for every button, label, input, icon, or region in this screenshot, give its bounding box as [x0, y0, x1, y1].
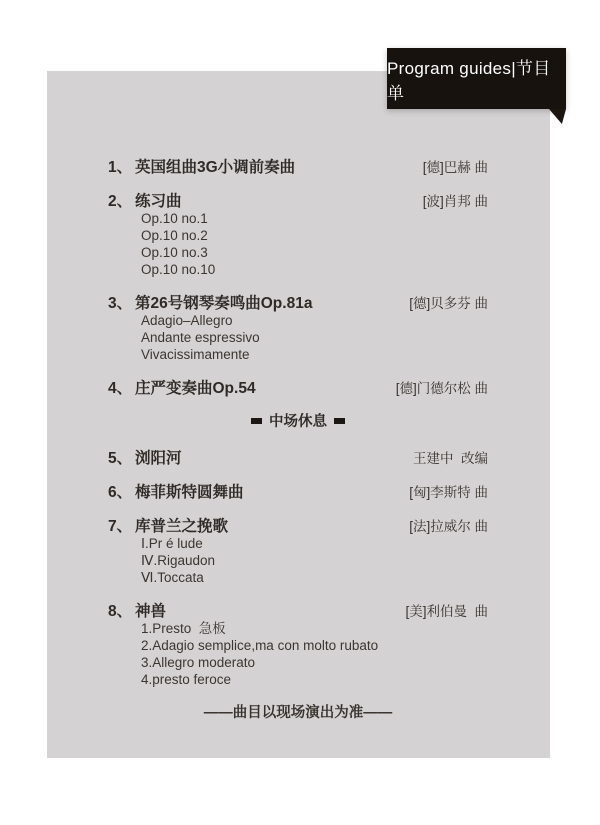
program-page: Program guides|节目单 1、英国组曲3G小调前奏曲 [德]巴赫 曲… [0, 0, 600, 825]
program-item: 6、梅菲斯特圆舞曲 [匈]李斯特 曲 [108, 484, 488, 501]
item-title-row: 7、库普兰之挽歌 [法]拉威尔 曲 [108, 518, 488, 535]
intermission: 中场休息 [108, 414, 488, 431]
movement-line: Adagio–Allegro [141, 312, 488, 329]
item-number: 7、 [108, 518, 135, 535]
item-composer: [美]利伯曼 曲 [405, 603, 488, 620]
item-heading: 1、英国组曲3G小调前奏曲 [108, 159, 295, 176]
movement-line: Op.10 no.3 [141, 244, 488, 261]
item-title-row: 5、浏阳河 王建中 改编 [108, 450, 488, 467]
movement-line: Op.10 no.2 [141, 227, 488, 244]
intermission-label: 中场休息 [269, 414, 327, 430]
item-composer: [匈]李斯特 曲 [409, 484, 488, 501]
movement-line: Vivacissimamente [141, 346, 488, 363]
movement-line: 1.Presto 急板 [141, 620, 488, 637]
item-composer: [德]门德尔松 曲 [396, 380, 488, 397]
item-heading: 5、浏阳河 [108, 450, 182, 467]
item-movements: 1.Presto 急板2.Adagio semplice,ma con molt… [141, 620, 488, 688]
program-item: 5、浏阳河 王建中 改编 [108, 450, 488, 467]
intermission-bar-right-icon [334, 418, 345, 424]
item-movements: Adagio–AllegroAndante espressivoVivaciss… [141, 312, 488, 363]
movement-line: 2.Adagio semplice,ma con molto rubato [141, 637, 488, 654]
footer-note: ——曲目以现场演出为准—— [108, 705, 488, 722]
program-item: 4、庄严变奏曲Op.54 [德]门德尔松 曲 [108, 380, 488, 397]
program-item: 1、英国组曲3G小调前奏曲 [德]巴赫 曲 [108, 159, 488, 176]
item-heading: 2、练习曲 [108, 193, 182, 210]
item-title-row: 3、第26号钢琴奏鸣曲Op.81a [德]贝多芬 曲 [108, 295, 488, 312]
movement-line: Op.10 no.10 [141, 261, 488, 278]
program-item: 7、库普兰之挽歌 [法]拉威尔 曲 Ⅰ.Pr é ludeⅣ.RigaudonⅥ… [108, 518, 488, 586]
item-number: 8、 [108, 603, 135, 620]
item-number: 5、 [108, 450, 135, 467]
item-composer: [法]拉威尔 曲 [409, 518, 488, 535]
item-heading: 7、库普兰之挽歌 [108, 518, 228, 535]
movement-line: Ⅳ.Rigaudon [141, 552, 488, 569]
item-title-row: 2、练习曲 [波]肖邦 曲 [108, 193, 488, 210]
item-title: 神兽 [135, 603, 166, 620]
item-heading: 3、第26号钢琴奏鸣曲Op.81a [108, 295, 312, 312]
movement-line: 4.presto feroce [141, 671, 488, 688]
movement-line: Ⅵ.Toccata [141, 569, 488, 586]
item-composer: [德]巴赫 曲 [423, 159, 488, 176]
item-number: 6、 [108, 484, 135, 501]
item-number: 1、 [108, 159, 135, 176]
program-item: 8、神兽 [美]利伯曼 曲 1.Presto 急板2.Adagio sempli… [108, 603, 488, 688]
movement-line: Andante espressivo [141, 329, 488, 346]
item-title-row: 8、神兽 [美]利伯曼 曲 [108, 603, 488, 620]
program-item: 2、练习曲 [波]肖邦 曲 Op.10 no.1Op.10 no.2Op.10 … [108, 193, 488, 278]
program-item: 3、第26号钢琴奏鸣曲Op.81a [德]贝多芬 曲 Adagio–Allegr… [108, 295, 488, 363]
program-list: 1、英国组曲3G小调前奏曲 [德]巴赫 曲 2、练习曲 [波]肖邦 曲 Op.1… [108, 159, 488, 722]
item-composer: [波]肖邦 曲 [423, 193, 488, 210]
item-title: 英国组曲3G小调前奏曲 [135, 159, 295, 176]
header-tab-fold-icon [549, 109, 566, 124]
item-heading: 8、神兽 [108, 603, 166, 620]
item-title: 庄严变奏曲Op.54 [135, 380, 256, 397]
item-title: 库普兰之挽歌 [135, 518, 228, 535]
item-heading: 4、庄严变奏曲Op.54 [108, 380, 256, 397]
item-number: 2、 [108, 193, 135, 210]
item-title: 梅菲斯特圆舞曲 [135, 484, 244, 501]
item-heading: 6、梅菲斯特圆舞曲 [108, 484, 244, 501]
header-tab: Program guides|节目单 [387, 48, 566, 109]
item-movements: Op.10 no.1Op.10 no.2Op.10 no.3Op.10 no.1… [141, 210, 488, 278]
item-title: 练习曲 [135, 193, 182, 210]
intermission-bar-left-icon [251, 418, 262, 424]
header-tab-label: Program guides|节目单 [387, 54, 566, 104]
item-number: 3、 [108, 295, 135, 312]
item-title: 浏阳河 [135, 450, 182, 467]
item-title-row: 1、英国组曲3G小调前奏曲 [德]巴赫 曲 [108, 159, 488, 176]
item-title-row: 4、庄严变奏曲Op.54 [德]门德尔松 曲 [108, 380, 488, 397]
item-title-row: 6、梅菲斯特圆舞曲 [匈]李斯特 曲 [108, 484, 488, 501]
item-composer: [德]贝多芬 曲 [409, 295, 488, 312]
item-number: 4、 [108, 380, 135, 397]
item-title: 第26号钢琴奏鸣曲Op.81a [135, 295, 312, 312]
movement-line: Ⅰ.Pr é lude [141, 535, 488, 552]
movement-line: 3.Allegro moderato [141, 654, 488, 671]
item-movements: Ⅰ.Pr é ludeⅣ.RigaudonⅥ.Toccata [141, 535, 488, 586]
movement-line: Op.10 no.1 [141, 210, 488, 227]
item-composer: 王建中 改编 [413, 450, 488, 467]
